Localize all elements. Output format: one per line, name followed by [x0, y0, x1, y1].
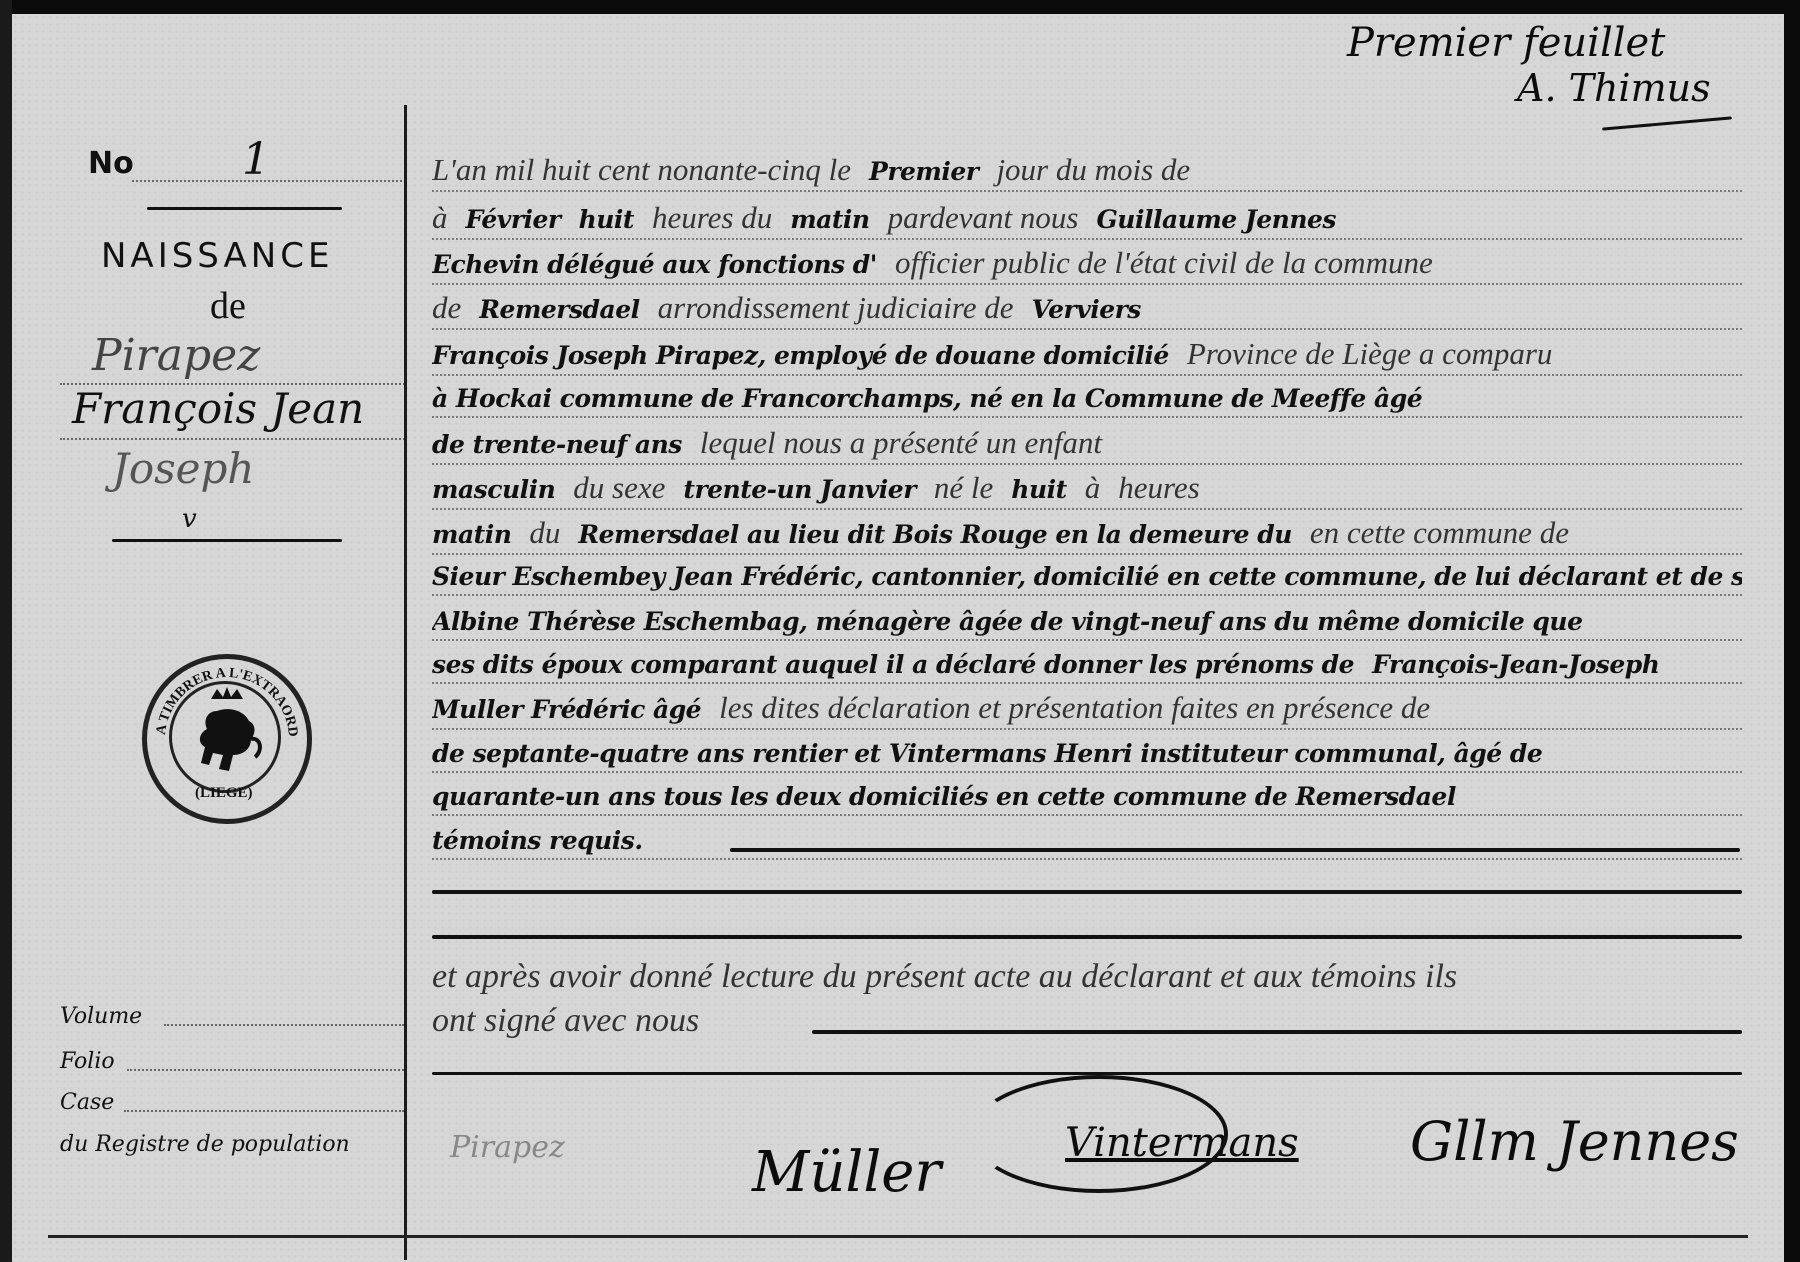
signature-flourish — [970, 1075, 1228, 1193]
certificate-line: àFévrierhuitheures dumatinpardevant nous… — [432, 200, 1742, 240]
printed-form-text: à — [432, 200, 448, 235]
column-divider — [404, 105, 407, 1260]
certificate-line: Albine Thérèse Eschembag, ménagère âgée … — [432, 603, 1742, 641]
handwritten-entry: huit — [1011, 475, 1066, 504]
handwritten-entry: quarante-un ans tous les deux domiciliés… — [432, 782, 1456, 811]
corner-note-line1: Premier feuillet — [1347, 20, 1665, 66]
printed-form-text: en cette commune de — [1310, 515, 1569, 550]
tax-stamp: A TIMBRER A L'EXTRAORDINAIRE (LIEGE) — [142, 654, 312, 824]
handwritten-entry: huit — [579, 205, 634, 234]
handwritten-entry: François Joseph Pirapez, employé de doua… — [432, 341, 1169, 370]
closing-line-2: ont signé avec nous — [432, 1002, 699, 1040]
certificate-line: témoins requis. — [432, 822, 1742, 860]
handwritten-entry: Guillaume Jennes — [1096, 205, 1336, 234]
certificate-line: à Hockai commune de Francorchamps, né en… — [432, 380, 1742, 418]
signature-declarant: Pirapez — [450, 1130, 565, 1165]
register-case-label: Case — [60, 1090, 114, 1115]
handwritten-entry: masculin — [432, 475, 555, 504]
record-type-title: NAISSANCE — [101, 236, 333, 276]
printed-form-text: heures du — [652, 200, 772, 235]
given-names-dotted-line — [60, 438, 405, 440]
printed-form-text: à — [1085, 470, 1101, 505]
printed-form-text: Province de Liège a comparu — [1187, 336, 1553, 371]
handwritten-entry: Albine Thérèse Eschembag, ménagère âgée … — [432, 607, 1583, 636]
printed-form-text: arrondissement judiciaire de — [658, 290, 1014, 325]
blank-line-1 — [730, 848, 1740, 852]
certificate-line: Echevin délégué aux fonctions d'officier… — [432, 245, 1742, 285]
signature-officer-jennes: Gllm Jennes — [1410, 1110, 1739, 1173]
printed-form-text: lequel nous a présenté un enfant — [700, 425, 1102, 460]
scan-left-edge — [0, 0, 12, 1262]
certificate-line: de septante-quatre ans rentier et Vinter… — [432, 735, 1742, 773]
certificate-line: masculindu sexetrente-un Janvierné lehui… — [432, 470, 1742, 510]
handwritten-entry: Verviers — [1032, 295, 1141, 324]
handwritten-entry: témoins requis. — [432, 826, 643, 855]
certificate-line: matinduRemersdael au lieu dit Bois Rouge… — [432, 515, 1742, 555]
printed-form-text: heures — [1118, 470, 1200, 505]
register-case-line[interactable] — [124, 1110, 404, 1112]
register-volume-label: Volume — [60, 1004, 142, 1029]
stamp-bottom-text: (LIEGE) — [195, 785, 253, 802]
margin-given-names-1: François Jean — [72, 384, 364, 433]
register-folio-label: Folio — [60, 1049, 115, 1074]
handwritten-entry: Muller Frédéric âgé — [432, 695, 701, 724]
margin-given-names-2: Joseph — [112, 444, 254, 493]
scan-top-edge — [0, 0, 1800, 14]
corner-flourish — [1602, 116, 1732, 130]
scan-right-edge — [1784, 0, 1800, 1262]
handwritten-entry: de septante-quatre ans rentier et Vinter… — [432, 739, 1542, 768]
handwritten-entry: à Hockai commune de Francorchamps, né en… — [432, 384, 1422, 413]
check-mark: v — [182, 504, 196, 534]
register-folio-line[interactable] — [127, 1069, 404, 1071]
printed-form-text: L'an mil huit cent nonante-cinq le — [432, 152, 851, 187]
printed-form-text: de — [432, 290, 461, 325]
printed-form-text: du sexe — [573, 470, 665, 505]
printed-form-text: jour du mois de — [996, 152, 1190, 187]
handwritten-entry: Premier — [869, 157, 978, 186]
blank-line-2 — [432, 890, 1742, 894]
certificate-line: Muller Frédéric âgéles dites déclaration… — [432, 690, 1742, 730]
handwritten-entry: Echevin délégué aux fonctions d' — [432, 250, 877, 279]
certificate-line: François Joseph Pirapez, employé de doua… — [432, 336, 1742, 376]
blank-line-3 — [432, 935, 1742, 939]
handwritten-entry: Remersdael — [479, 295, 639, 324]
number-value: 1 — [242, 134, 270, 185]
handwritten-entry: Sieur Eschembey Jean Frédéric, cantonnie… — [432, 562, 1742, 591]
handwritten-entry: matin — [432, 520, 511, 549]
handwritten-entry: Remersdael au lieu dit Bois Rouge en la … — [578, 520, 1292, 549]
page-bottom-rule — [48, 1235, 1748, 1238]
printed-form-text: les dites déclaration et présentation fa… — [719, 690, 1430, 725]
corner-note-line2: A. Thimus — [1517, 66, 1711, 110]
register-volume-line[interactable] — [164, 1024, 404, 1026]
margin-surname: Pirapez — [92, 330, 260, 381]
printed-form-text: officier public de l'état civil de la co… — [895, 245, 1433, 280]
certificate-line: L'an mil huit cent nonante-cinq lePremie… — [432, 152, 1742, 192]
signature-witness-muller: Müller — [752, 1140, 941, 1205]
handwritten-entry: matin — [790, 205, 869, 234]
handwritten-entry: François-Jean-Joseph — [1372, 650, 1659, 679]
printed-form-text: du — [529, 515, 560, 550]
certificate-line: deRemersdaelarrondissement judiciaire de… — [432, 290, 1742, 330]
certificate-line: de trente-neuf anslequel nous a présenté… — [432, 425, 1742, 465]
margin-underline — [112, 539, 342, 542]
register-population-label: du Registre de population — [60, 1132, 350, 1157]
record-type-de: de — [210, 284, 246, 328]
printed-form-text: pardevant nous — [888, 200, 1079, 235]
number-label: No — [88, 146, 134, 181]
handwritten-entry: Février — [466, 205, 561, 234]
handwritten-entry: trente-un Janvier — [683, 475, 916, 504]
number-underline — [147, 207, 342, 210]
certificate-line: Sieur Eschembey Jean Frédéric, cantonnie… — [432, 558, 1742, 596]
certificate-line: quarante-un ans tous les deux domiciliés… — [432, 778, 1742, 816]
closing-line-rule — [812, 1030, 1742, 1034]
handwritten-entry: de trente-neuf ans — [432, 430, 682, 459]
handwritten-entry: ses dits époux comparant auquel il a déc… — [432, 650, 1354, 679]
printed-form-text: né le — [934, 470, 993, 505]
closing-line-1: et après avoir donné lecture du présent … — [432, 958, 1457, 996]
certificate-line: ses dits époux comparant auquel il a déc… — [432, 646, 1742, 684]
